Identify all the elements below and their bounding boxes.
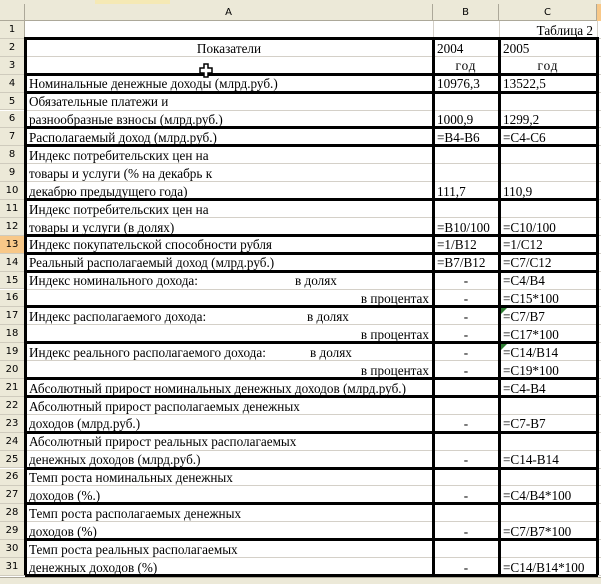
cell-b17[interactable]: -	[435, 307, 497, 324]
sheet-tabs-strip	[0, 577, 601, 584]
cell-c6[interactable]: 1299,2	[501, 111, 595, 128]
row-header-6[interactable]: 6	[0, 111, 25, 129]
cell-b7[interactable]: =B4-B6	[435, 128, 497, 145]
row-header-13[interactable]: 13	[0, 236, 25, 254]
cell-b29[interactable]: -	[435, 522, 497, 539]
row-header-7[interactable]: 7	[0, 128, 25, 146]
cell-c27[interactable]: =C4/B4*100	[501, 486, 595, 503]
table-border-v	[596, 37, 599, 575]
header-indicator[interactable]: Показатели	[27, 39, 431, 56]
row-header-31[interactable]: 31	[0, 558, 25, 576]
cell-a18[interactable]: в процентах	[27, 325, 431, 342]
row-header-15[interactable]: 15	[0, 272, 25, 290]
cell-a26[interactable]: Темп роста номинальных денежных	[27, 469, 431, 486]
row-header-16[interactable]: 16	[0, 290, 25, 308]
cell-b31[interactable]: -	[435, 558, 497, 575]
cell-a24[interactable]: Абсолютный прирост реальных располагаемы…	[27, 433, 431, 450]
row-header-28[interactable]: 28	[0, 504, 25, 522]
cell-b16[interactable]: -	[435, 290, 497, 307]
cell-b25[interactable]: -	[435, 451, 497, 468]
row-header-11[interactable]: 11	[0, 200, 25, 218]
cell-b18[interactable]: -	[435, 325, 497, 342]
row-header-26[interactable]: 26	[0, 469, 25, 487]
row-header-5[interactable]: 5	[0, 93, 25, 111]
column-header-c[interactable]: C	[499, 4, 597, 21]
cell-c18[interactable]: =C17*100	[501, 325, 595, 342]
row-header-21[interactable]: 21	[0, 379, 25, 397]
row-header-18[interactable]: 18	[0, 325, 25, 343]
cell-c23[interactable]: =C7-B7	[501, 415, 595, 432]
row-header-27[interactable]: 27	[0, 486, 25, 504]
cell-b10[interactable]: 111,7	[435, 182, 497, 199]
row-header-19[interactable]: 19	[0, 343, 25, 361]
cell-a25[interactable]: денежных доходов (млрд.руб.)	[27, 451, 431, 468]
cell-a21[interactable]: Абсолютный прирост номинальных денежных …	[27, 379, 431, 396]
cell-c17[interactable]: =C7/B7	[501, 307, 595, 324]
cell-c10[interactable]: 110,9	[501, 182, 595, 199]
row-header-30[interactable]: 30	[0, 540, 25, 558]
cell-a9[interactable]: товары и услуги (% на декабрь к	[27, 164, 431, 181]
cell-c19[interactable]: =C14/B14	[501, 343, 595, 360]
cell-a10[interactable]: декабрю предыдущего года)	[27, 182, 431, 199]
cell-c20[interactable]: =C19*100	[501, 361, 595, 378]
cell-b6[interactable]: 1000,9	[435, 111, 497, 128]
cell-b27[interactable]: -	[435, 486, 497, 503]
table-label[interactable]: Таблица 2	[501, 21, 595, 38]
cell-c12[interactable]: =C10/100	[501, 218, 595, 235]
cell-a29[interactable]: доходов (%)	[27, 522, 431, 539]
cell-a23[interactable]: доходов (млрд.руб.)	[27, 415, 431, 432]
cell-b4[interactable]: 10976,3	[435, 75, 497, 92]
cell-a6[interactable]: разнообразные взносы (млрд.руб.)	[27, 111, 431, 128]
column-header-d-partial[interactable]	[597, 4, 601, 21]
cell-a14[interactable]: Реальный располагаемый доход (млрд.руб.)	[27, 254, 431, 271]
error-indicator-icon	[501, 344, 507, 350]
cell-a5[interactable]: Обязательные платежи и	[27, 93, 431, 110]
cell-a19-sublabel[interactable]: в долях	[308, 343, 428, 360]
row-header-29[interactable]: 29	[0, 522, 25, 540]
cell-a28[interactable]: Темп роста располагаемых денежных	[27, 504, 431, 521]
cell-a7[interactable]: Располагаемый доход (млрд.руб.)	[27, 128, 431, 145]
cell-b13[interactable]: =1/B12	[435, 236, 497, 253]
cell-a17-sublabel[interactable]: в долях	[305, 307, 425, 324]
column-header-b[interactable]: B	[433, 4, 499, 21]
row-header-12[interactable]: 12	[0, 218, 25, 236]
cell-a22[interactable]: Абсолютный прирост располагаемых денежны…	[27, 397, 431, 414]
cell-b14[interactable]: =B7/B12	[435, 254, 497, 271]
select-all-corner[interactable]	[0, 4, 25, 21]
cell-b15[interactable]: -	[435, 272, 497, 289]
header-god-b[interactable]: год	[435, 57, 497, 74]
cell-b12[interactable]: =B10/100	[435, 218, 497, 235]
row-header-17[interactable]: 17	[0, 307, 25, 325]
row-header-1[interactable]: 1	[0, 21, 25, 39]
header-year-2004[interactable]: 2004	[435, 39, 497, 56]
cell-a8[interactable]: Индекс потребительских цен на	[27, 146, 431, 163]
row-header-25[interactable]: 25	[0, 451, 25, 469]
row-header-4[interactable]: 4	[0, 75, 25, 93]
row-header-2[interactable]: 2	[0, 39, 25, 57]
cell-a15-sublabel[interactable]: в долях	[293, 272, 413, 289]
header-god-c[interactable]: год	[501, 57, 595, 74]
row-header-3[interactable]: 3	[0, 57, 25, 75]
cell-b23[interactable]: -	[435, 415, 497, 432]
cell-cursor-icon	[199, 63, 213, 79]
cell-c14[interactable]: =C7/C12	[501, 254, 595, 271]
cell-a20[interactable]: в процентах	[27, 361, 431, 378]
column-header-a[interactable]: A	[25, 4, 433, 21]
cell-c25[interactable]: =C14-B14	[501, 451, 595, 468]
cell-c4[interactable]: 13522,5	[501, 75, 595, 92]
row-header-20[interactable]: 20	[0, 361, 25, 379]
cell-c7[interactable]: =C4-C6	[501, 128, 595, 145]
row-header-23[interactable]: 23	[0, 415, 25, 433]
row-header-9[interactable]: 9	[0, 164, 25, 182]
row-header-10[interactable]: 10	[0, 182, 25, 200]
cell-b19[interactable]: -	[435, 343, 497, 360]
cell-c21[interactable]: =C4-B4	[501, 379, 595, 396]
cell-c16[interactable]: =C15*100	[501, 290, 595, 307]
cell-b20[interactable]: -	[435, 361, 497, 378]
cell-a11[interactable]: Индекс потребительских цен на	[27, 200, 431, 217]
cell-a4[interactable]: Номинальные денежные доходы (млрд.руб.)	[27, 75, 431, 92]
row-header-8[interactable]: 8	[0, 146, 25, 164]
cell-c13[interactable]: =1/C12	[501, 236, 595, 253]
cell-a13[interactable]: Индекс покупательской способности рубля	[27, 236, 431, 253]
cell-c31[interactable]: =C14/B14*100	[501, 558, 595, 575]
cell-c15[interactable]: =C4/B4	[501, 272, 595, 289]
row-header-14[interactable]: 14	[0, 254, 25, 272]
error-indicator-icon	[501, 308, 507, 314]
cell-c29[interactable]: =C7/B7*100	[501, 522, 595, 539]
cell-a16[interactable]: в процентах	[27, 290, 431, 307]
cell-a30[interactable]: Темп роста реальных располагаемых	[27, 540, 431, 557]
row-header-22[interactable]: 22	[0, 397, 25, 415]
header-year-2005[interactable]: 2005	[501, 39, 595, 56]
cell-a31[interactable]: денежных доходов (%)	[27, 558, 431, 575]
row-header-24[interactable]: 24	[0, 433, 25, 451]
cell-a12[interactable]: товары и услуги (в долях)	[27, 218, 431, 235]
cell-a27[interactable]: доходов (%.)	[27, 486, 431, 503]
